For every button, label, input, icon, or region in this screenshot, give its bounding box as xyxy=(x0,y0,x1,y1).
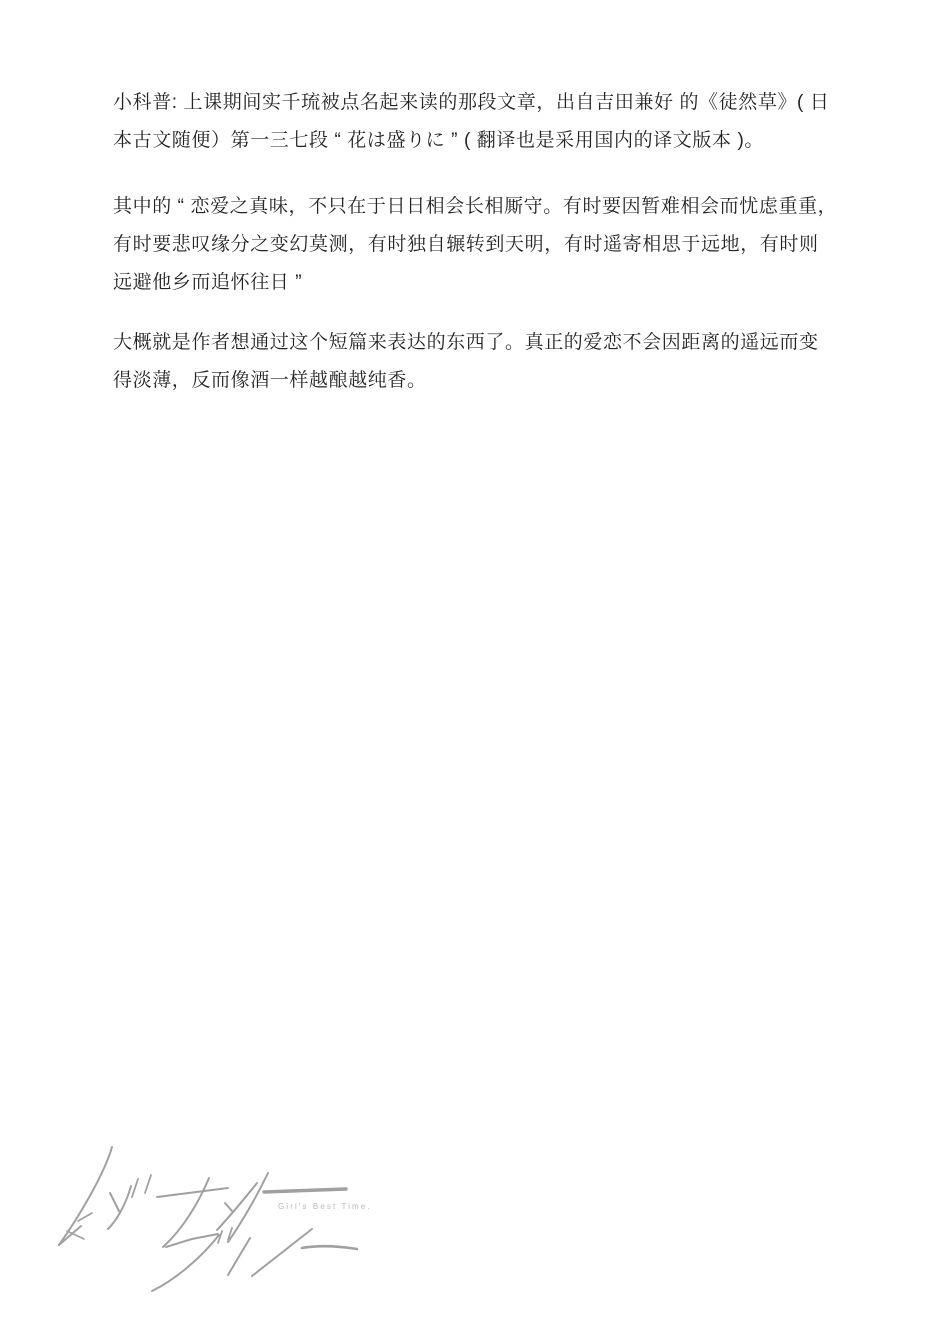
text-line: 远避他乡而追怀往日 ” xyxy=(113,264,873,302)
paragraph-1: 小科普: 上课期间实千琉被点名起来读的那段文章，出自吉田兼好 的《徒然草》( 日… xyxy=(113,84,873,160)
text-line: 有时要悲叹缘分之变幻莫测，有时独自辗转到天明，有时遥寄相思于远地，有时则 xyxy=(113,226,873,264)
translator-note: 小科普: 上课期间实千琉被点名起来读的那段文章，出自吉田兼好 的《徒然草》( 日… xyxy=(113,84,873,400)
logo-tagline: Girl's Best Time. xyxy=(278,1202,372,1211)
text-line: 其中的 “ 恋爱之真味，不只在于日日相会长相厮守。有时要因暂难相会而忧虑重重， xyxy=(113,188,873,226)
text-line: 大概就是作者想通过这个短篇来表达的东西了。真正的爱恋不会因距离的遥远而变 xyxy=(113,324,873,362)
resonant-blue-handwritten-logo-icon xyxy=(40,1130,400,1310)
paragraph-3: 大概就是作者想通过这个短篇来表达的东西了。真正的爱恋不会因距离的遥远而变 得淡薄… xyxy=(113,324,873,400)
paragraph-2: 其中的 “ 恋爱之真味，不只在于日日相会长相厮守。有时要因暂难相会而忧虑重重， … xyxy=(113,188,873,302)
text-line: 得淡薄，反而像酒一样越酿越纯香。 xyxy=(113,362,873,400)
text-line: 小科普: 上课期间实千琉被点名起来读的那段文章，出自吉田兼好 的《徒然草》( 日 xyxy=(113,84,873,122)
text-line: 本古文随便）第一三七段 “ 花は盛りに ” ( 翻译也是采用国内的译文版本 )。 xyxy=(113,122,873,160)
resonant-blue-logo: Girl's Best Time. xyxy=(40,1130,400,1310)
